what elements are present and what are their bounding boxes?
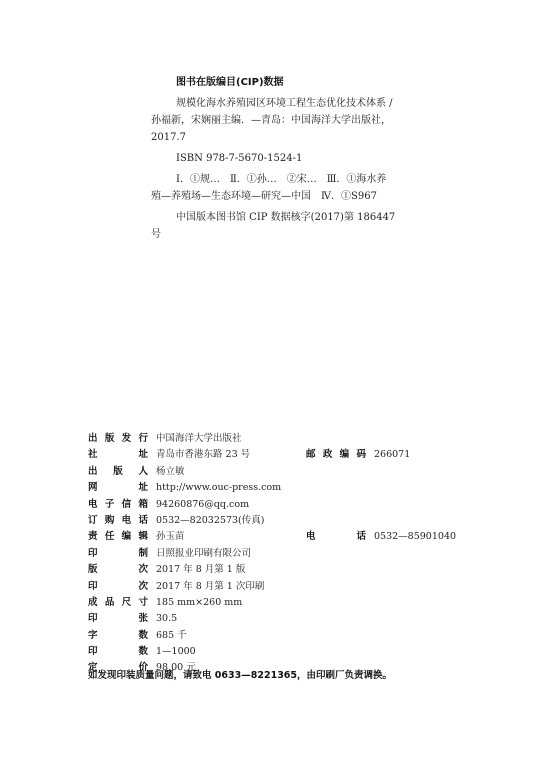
value-order-phone: 0532—82032573(传真) bbox=[156, 513, 264, 529]
cip-isbn: ISBN 978-7-5670-1524-1 bbox=[151, 150, 401, 167]
row-copies: 印数 1—1000 bbox=[88, 644, 468, 660]
row-printer: 印制 日照报业印刷有限公司 bbox=[88, 546, 468, 562]
label-website: 网址 bbox=[88, 480, 148, 496]
row-size: 成品尺寸 185 mm×260 mm bbox=[88, 595, 468, 611]
row-address: 社址 青岛市香港东路 23 号 邮政编码 266071 bbox=[88, 447, 468, 463]
row-editor: 责任编辑 孙玉苗 电话 0532—85901040 bbox=[88, 529, 468, 545]
cip-entry-line-1: 规模化海水养殖园区环境工程生态优化技术体系 / bbox=[151, 95, 401, 112]
quality-notice: 如发现印装质量问题，请致电 0633—8221365，由印刷厂负责调换。 bbox=[88, 667, 392, 681]
imprint-block: 出版发行 中国海洋大学出版社 社址 青岛市香港东路 23 号 邮政编码 2660… bbox=[88, 431, 468, 677]
value-phone: 0532—85901040 bbox=[374, 529, 456, 545]
row-publisher: 出版发行 中国海洋大学出版社 bbox=[88, 431, 468, 447]
row-email: 电子信箱 94260876@qq.com bbox=[88, 497, 468, 513]
row-website: 网址 http://www.ouc-press.com bbox=[88, 480, 468, 496]
label-publisher: 出版发行 bbox=[88, 431, 148, 447]
value-postcode: 266071 bbox=[374, 447, 410, 463]
cip-number: 中国版本图书馆 CIP 数据核字(2017)第 186447 号 bbox=[151, 209, 401, 243]
value-chief: 杨立敏 bbox=[156, 464, 185, 480]
label-words: 字数 bbox=[88, 628, 148, 644]
row-sheets: 印张 30.5 bbox=[88, 611, 468, 627]
value-editor: 孙玉苗 bbox=[156, 529, 298, 545]
cip-subject-line-2: 殖—养殖场—生态环境—研究—中国 Ⅳ．①S967 bbox=[151, 188, 401, 205]
label-impression: 印次 bbox=[88, 579, 148, 595]
cip-subject-line-1: Ⅰ．①规… Ⅱ．①孙… ②宋… Ⅲ．①海水养 bbox=[151, 171, 401, 188]
label-sheets: 印张 bbox=[88, 611, 148, 627]
value-address: 青岛市香港东路 23 号 bbox=[156, 447, 298, 463]
cip-title: 图书在版编目(CIP)数据 bbox=[151, 74, 401, 91]
value-website: http://www.ouc-press.com bbox=[156, 480, 281, 496]
label-email: 电子信箱 bbox=[88, 497, 148, 513]
cip-entry-line-2: 孙福新，宋娴丽主编．—青岛：中国海洋大学出版社， bbox=[151, 112, 401, 129]
value-size: 185 mm×260 mm bbox=[156, 595, 242, 611]
label-printer: 印制 bbox=[88, 546, 148, 562]
label-address: 社址 bbox=[88, 447, 148, 463]
label-chief: 出版人 bbox=[88, 464, 148, 480]
label-postcode: 邮政编码 bbox=[306, 447, 366, 463]
cip-data-block: 图书在版编目(CIP)数据 规模化海水养殖园区环境工程生态优化技术体系 / 孙福… bbox=[151, 74, 401, 243]
cip-entry-line-3: 2017.7 bbox=[151, 129, 401, 146]
row-order-phone: 订购电话 0532—82032573(传真) bbox=[88, 513, 468, 529]
row-words: 字数 685 千 bbox=[88, 628, 468, 644]
value-publisher: 中国海洋大学出版社 bbox=[156, 431, 242, 447]
row-chief: 出版人 杨立敏 bbox=[88, 464, 468, 480]
label-order-phone: 订购电话 bbox=[88, 513, 148, 529]
value-impression: 2017 年 8 月第 1 次印刷 bbox=[156, 579, 264, 595]
value-printer: 日照报业印刷有限公司 bbox=[156, 546, 251, 562]
label-size: 成品尺寸 bbox=[88, 595, 148, 611]
label-edition: 版次 bbox=[88, 562, 148, 578]
value-sheets: 30.5 bbox=[156, 611, 177, 627]
value-copies: 1—1000 bbox=[156, 644, 196, 660]
label-phone: 电话 bbox=[306, 529, 366, 545]
row-edition: 版次 2017 年 8 月第 1 版 bbox=[88, 562, 468, 578]
value-words: 685 千 bbox=[156, 628, 187, 644]
value-email: 94260876@qq.com bbox=[156, 497, 249, 513]
label-editor: 责任编辑 bbox=[88, 529, 148, 545]
value-edition: 2017 年 8 月第 1 版 bbox=[156, 562, 245, 578]
row-impression: 印次 2017 年 8 月第 1 次印刷 bbox=[88, 579, 468, 595]
label-copies: 印数 bbox=[88, 644, 148, 660]
